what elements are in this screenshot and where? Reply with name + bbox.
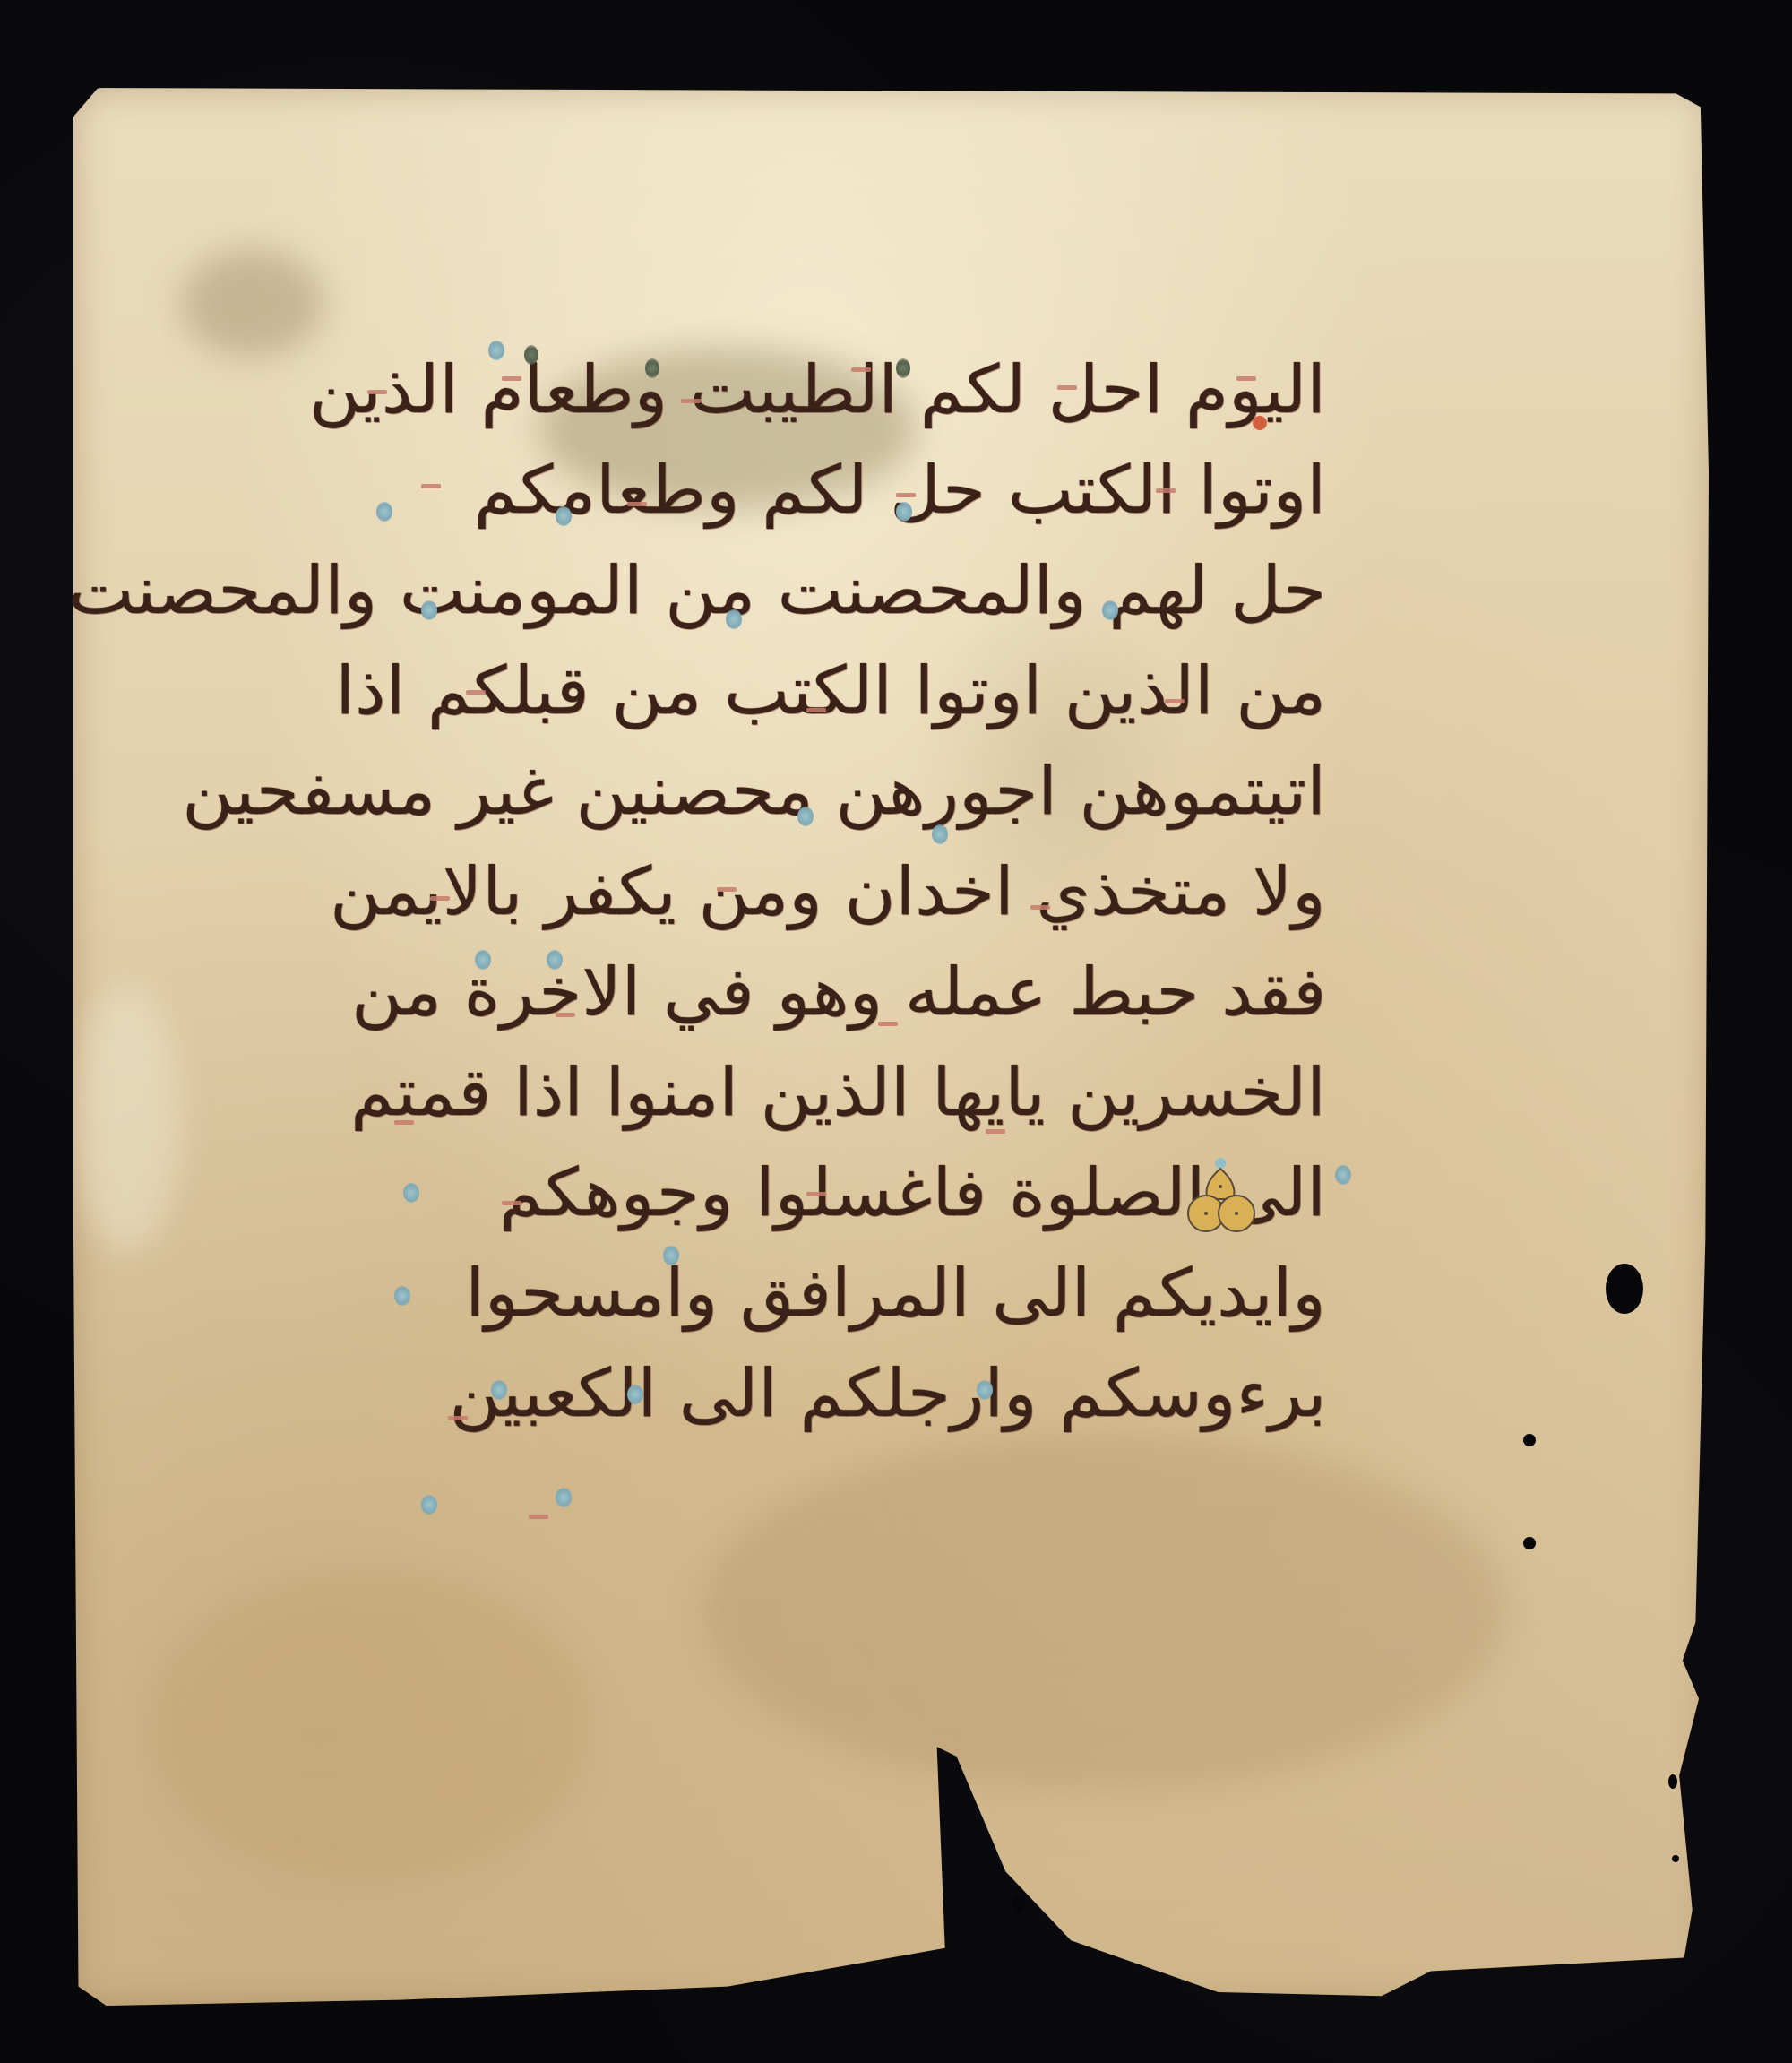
worm-hole: [1606, 1264, 1643, 1314]
worm-hole: [1523, 1537, 1536, 1549]
text-line: ولا متخذي اخدان ومن يكفر بالايمن: [332, 824, 1326, 925]
text-line: وايديكم الى المرافق وامسحوا: [332, 1226, 1326, 1326]
worm-hole: [1523, 1434, 1536, 1446]
worm-hole: [1672, 1855, 1679, 1862]
water-stain: [145, 1567, 593, 1880]
text-line: الى الصلوة فاغسلوا وجوهكم: [332, 1126, 1326, 1226]
water-stain: [701, 1432, 1507, 1791]
text-line: برءوسكم وارجلكم الى الكعبين: [332, 1326, 1326, 1427]
text-line: اوتوا الكتب حل لكم وطعامكم: [332, 423, 1326, 523]
text-line: من الذين اوتوا الكتب من قبلكم اذا: [332, 624, 1326, 724]
light-patch: [73, 984, 181, 1253]
text-line: فقد حبط عمله وهو في الاخرة من: [332, 925, 1326, 1025]
text-line: اليوم احل لكم الطيبت وطعام الذين: [332, 323, 1326, 423]
text-line: حل لهم والمحصنت من المومنت والمحصنت: [332, 523, 1326, 624]
trefoil-verse-marker-icon: [1181, 1156, 1262, 1242]
stain: [181, 249, 324, 357]
worm-hole: [1668, 1774, 1677, 1789]
text-line: الخسرين يايها الذين امنوا اذا قمتم: [332, 1025, 1326, 1126]
text-line: اتيتموهن اجورهن محصنين غير مسفحين: [332, 724, 1326, 824]
worm-hole: [1012, 1895, 1025, 1913]
manuscript-text-block: اليوم احل لكم الطيبت وطعام الذين اوتوا ا…: [332, 323, 1326, 1427]
